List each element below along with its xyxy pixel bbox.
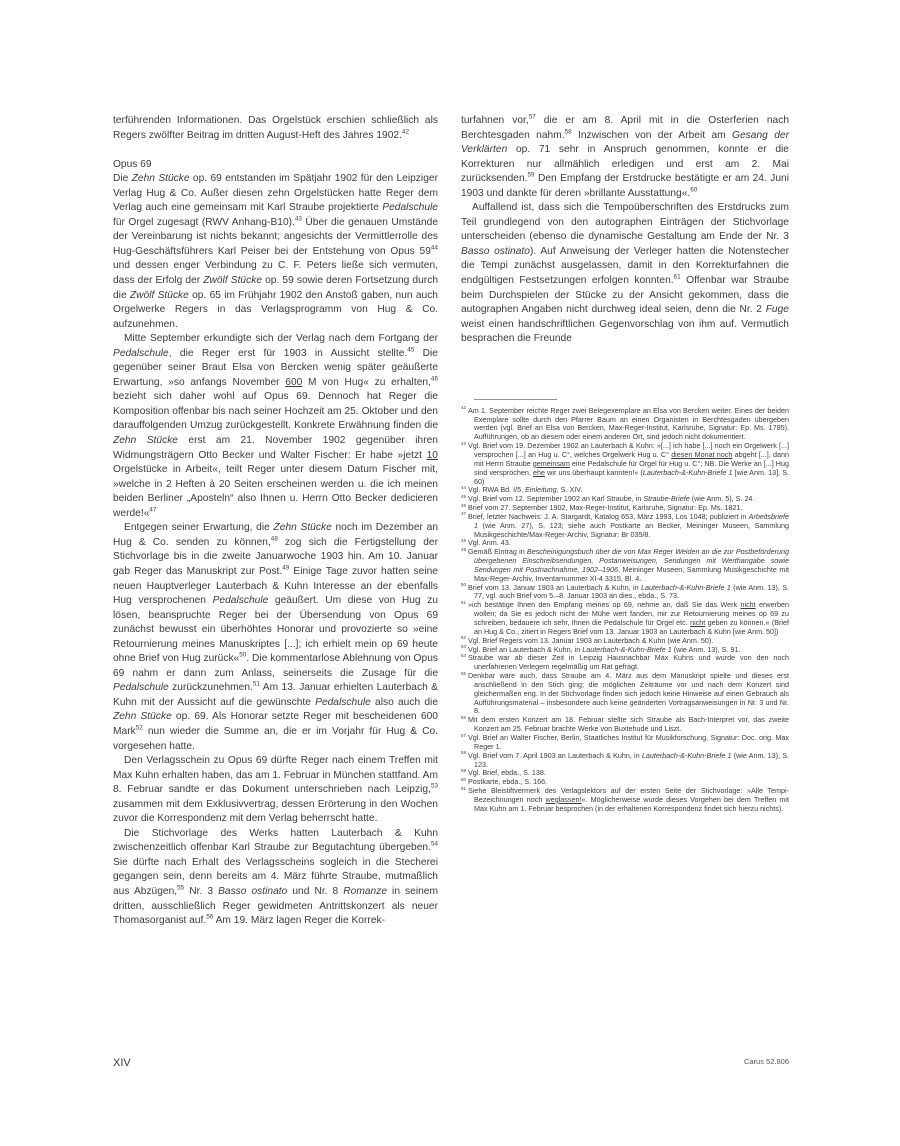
footnote-number: 51 xyxy=(461,600,468,605)
footnote-item: 47Brief, letzter Nachweis: J. A. Stargar… xyxy=(461,513,789,540)
footnote-number: 55 xyxy=(461,671,468,676)
footnote-number: 61 xyxy=(461,786,468,791)
footnote-item: 61Siehe Bleistiftvermerk des Verlagslekt… xyxy=(461,787,789,814)
footnote-separator xyxy=(474,399,557,400)
paragraph: turfahnen vor,57 die er am 8. April mit … xyxy=(461,114,789,201)
footnote-item: 51»ich bestätige Ihnen den Empfang meine… xyxy=(461,601,789,636)
paragraph: Die Stichvorlage des Werks hatten Lauter… xyxy=(113,827,438,929)
footnote-item: 56Mit dem ersten Konzert am 18. Februar … xyxy=(461,716,789,734)
left-column: terführenden Informationen. Das Orgelstü… xyxy=(113,114,438,929)
footnote-item: 50Brief vom 13. Januar 1903 an Lauterbac… xyxy=(461,584,789,602)
page-number: XIV xyxy=(113,1056,131,1070)
paragraph: Entgegen seiner Erwartung, die Zehn Stüc… xyxy=(113,521,438,754)
footnote-number: 45 xyxy=(461,494,468,499)
footnote-number: 60 xyxy=(461,777,468,782)
footnote-number: 46 xyxy=(461,503,468,508)
footnote-number: 42 xyxy=(461,405,468,410)
footnote-item: 42Am 1. September reichte Reger zwei Bel… xyxy=(461,407,789,442)
footnote-number: 47 xyxy=(461,511,468,516)
footnote-number: 56 xyxy=(461,715,468,720)
catalog-number: Carus 52.806 xyxy=(560,1057,789,1067)
footnote-number: 48 xyxy=(461,538,468,543)
footnote-number: 44 xyxy=(461,485,468,490)
footnote-item: 58Vgl. Brief vom 7. April 1903 an Lauter… xyxy=(461,752,789,770)
paragraph: Auffallend ist, dass sich die Tempoübers… xyxy=(461,201,789,346)
footnote-item: 43Vgl. Brief vom 19. Dezember 1902 an La… xyxy=(461,442,789,486)
footnote-number: 43 xyxy=(461,441,468,446)
right-column: turfahnen vor,57 die er am 8. April mit … xyxy=(461,114,789,814)
footnote-item: 55Denkbar wäre auch, dass Straube am 4. … xyxy=(461,672,789,716)
footnote-number: 54 xyxy=(461,653,468,658)
footnote-item: 49Gemäß Eintrag in Bescheinigungsbuch üb… xyxy=(461,548,789,583)
paragraph: Den Verlagsschein zu Opus 69 dürfte Rege… xyxy=(113,754,438,827)
footnote-number: 49 xyxy=(461,547,468,552)
footnote-item: 54Straube war ab dieser Zeit in Leipzig … xyxy=(461,654,789,672)
footnote-item: 57Vgl. Brief an Walter Fischer, Berlin, … xyxy=(461,734,789,752)
footnote-number: 58 xyxy=(461,750,468,755)
paragraph: Die Zehn Stücke op. 69 entstanden im Spä… xyxy=(113,172,438,332)
section-heading: Opus 69 xyxy=(113,158,438,173)
footnote-number: 57 xyxy=(461,733,468,738)
footnote-list: 42Am 1. September reichte Reger zwei Bel… xyxy=(461,407,789,814)
paragraph: terführenden Informationen. Das Orgelstü… xyxy=(113,114,438,143)
footnote-number: 50 xyxy=(461,582,468,587)
right-column-text: turfahnen vor,57 die er am 8. April mit … xyxy=(461,114,789,347)
footnote-number: 53 xyxy=(461,644,468,649)
footnote-number: 52 xyxy=(461,635,468,640)
page: terführenden Informationen. Das Orgelstü… xyxy=(0,0,900,1146)
paragraph: Mitte September erkundigte sich der Verl… xyxy=(113,332,438,521)
footnote-number: 59 xyxy=(461,768,468,773)
